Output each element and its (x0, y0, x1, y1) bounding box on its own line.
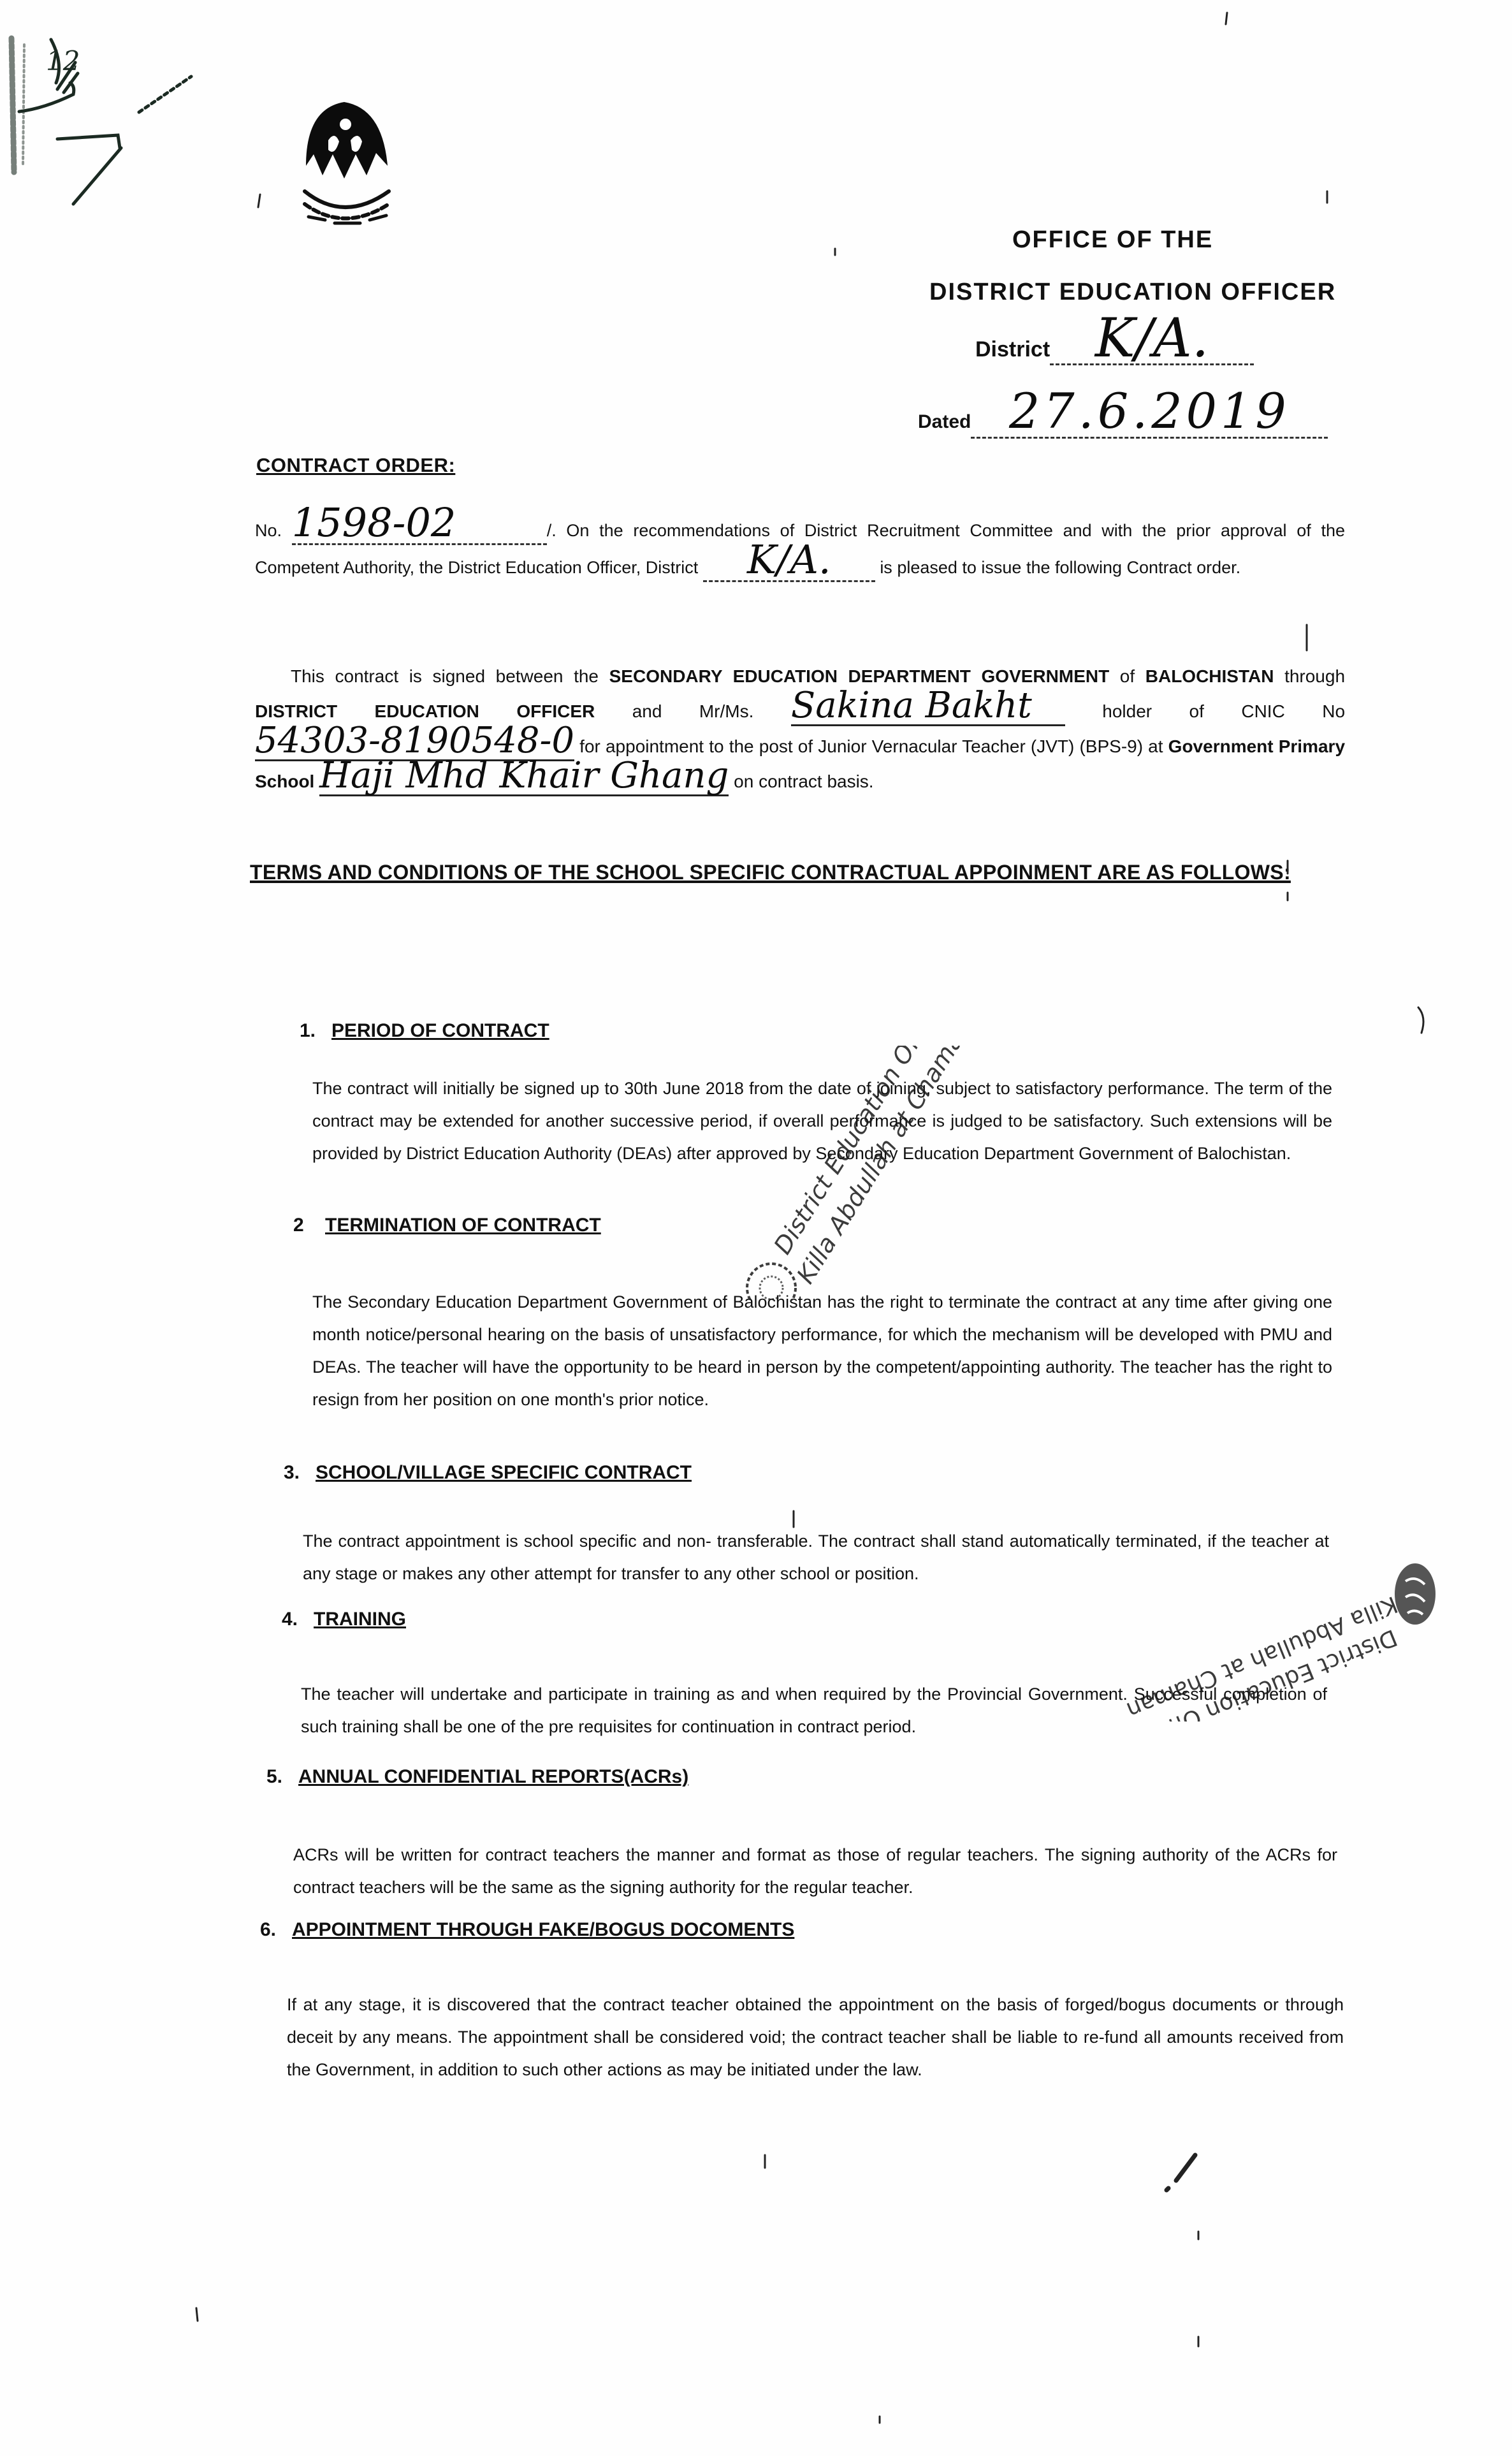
section-number: 2 (293, 1215, 325, 1236)
section-title: 2TERMINATION OF CONTRACT (293, 1215, 1332, 1236)
order-number-value: 1598-02 (292, 499, 456, 546)
section-label: TERMINATION OF CONTRACT (325, 1215, 601, 1236)
section-body: The teacher will undertake and participa… (301, 1678, 1327, 1743)
parties-province: BALOCHISTAN (1145, 666, 1274, 686)
dated-row: Dated27.6.2019 (918, 386, 1328, 439)
section-fake-bogus-documents: 6.APPOINTMENT THROUGH FAKE/BOGUS DOCOMEN… (260, 1919, 1344, 2086)
section-number: 4. (282, 1609, 314, 1630)
section-label: SCHOOL/VILLAGE SPECIFIC CONTRACT (316, 1462, 692, 1483)
terms-heading: TERMS AND CONDITIONS OF THE SCHOOL SPECI… (250, 853, 1321, 891)
district-row: DistrictK/A. (975, 312, 1254, 365)
section-number: 3. (284, 1462, 316, 1484)
school-name-field: Haji Mhd Khair Ghang (319, 763, 729, 796)
section-body: The Secondary Education Department Gover… (312, 1286, 1332, 1416)
office-title-line2: DISTRICT EDUCATION OFFICER (929, 279, 1336, 306)
section-title: 1.PERIOD OF CONTRACT (300, 1020, 1332, 1042)
intro-district-value: K/A. (747, 536, 831, 583)
section-label: ANNUAL CONFIDENTIAL REPORTS(ACRs) (298, 1766, 688, 1787)
teacher-name-value: Sakina Bakht (791, 685, 1032, 726)
district-value: K/A. (1095, 307, 1209, 369)
section-body: If at any stage, it is discovered that t… (287, 1989, 1344, 2086)
order-number-field: 1598-02 (292, 510, 547, 545)
parties-text-6: for appointment to the post of Junior Ve… (579, 736, 1163, 756)
section-termination-of-contract: 2TERMINATION OF CONTRACT The Secondary E… (293, 1215, 1332, 1416)
parties-officer: DISTRICT EDUCATION OFFICER (255, 701, 595, 721)
office-title-line1: OFFICE OF THE (1012, 226, 1213, 254)
section-training: 4.TRAINING The teacher will undertake an… (282, 1609, 1327, 1743)
section-label: APPOINTMENT THROUGH FAKE/BOGUS DOCOMENTS (292, 1919, 794, 1940)
dated-label: Dated (918, 411, 971, 432)
stamp-2-seal-icon (1395, 1563, 1436, 1625)
parties-text-1: This contract is signed between the (291, 666, 599, 686)
contract-intro-paragraph: No. 1598-02/. On the recommendations of … (255, 510, 1345, 584)
corner-note: 12 (46, 45, 80, 77)
date-field: 27.6.2019 (971, 386, 1328, 439)
section-label: TRAINING (314, 1609, 406, 1630)
section-title: 6.APPOINTMENT THROUGH FAKE/BOGUS DOCOMEN… (260, 1919, 1344, 1941)
section-period-of-contract: 1.PERIOD OF CONTRACT The contract will i… (300, 1020, 1332, 1170)
section-number: 1. (300, 1020, 331, 1042)
section-number: 6. (260, 1919, 292, 1941)
section-label: PERIOD OF CONTRACT (331, 1020, 549, 1041)
section-title: 3.SCHOOL/VILLAGE SPECIFIC CONTRACT (284, 1462, 1329, 1484)
section-body: ACRs will be written for contract teache… (293, 1839, 1337, 1904)
contract-parties-paragraph: This contract is signed between the SECO… (255, 660, 1345, 798)
document-page: 12 OFFICE OF THE DISTRICT EDUCATION OFFI… (0, 0, 1512, 2456)
parties-department: SECONDARY EDUCATION DEPARTMENT GOVERNMEN… (609, 666, 1110, 686)
district-label: District (975, 337, 1050, 362)
parties-text-4: and Mr/Ms. (632, 701, 754, 721)
parties-text-3: through (1284, 666, 1345, 686)
parties-text-5: holder of CNIC No (1102, 701, 1345, 721)
section-number: 5. (266, 1766, 298, 1788)
section-school-village-specific: 3.SCHOOL/VILLAGE SPECIFIC CONTRACT The c… (284, 1462, 1329, 1590)
section-body: The contract will initially be signed up… (312, 1072, 1332, 1170)
section-title: 5.ANNUAL CONFIDENTIAL REPORTS(ACRs) (266, 1766, 1337, 1788)
intro-district-field: K/A. (703, 547, 875, 582)
order-number-label: No. (255, 521, 282, 540)
intro-text-part2: is pleased to issue the following Contra… (880, 558, 1240, 577)
handwritten-corner-marks: 12 (0, 0, 331, 230)
parties-text-7: on contract basis. (734, 771, 873, 791)
parties-text-2: of (1120, 666, 1135, 686)
school-name-value: Haji Mhd Khair Ghang (319, 755, 729, 796)
section-body: The contract appointment is school speci… (303, 1525, 1329, 1590)
section-annual-confidential-reports: 5.ANNUAL CONFIDENTIAL REPORTS(ACRs) ACRs… (266, 1766, 1337, 1904)
district-field: K/A. (1050, 312, 1254, 365)
date-value: 27.6.2019 (1009, 383, 1290, 439)
section-title: 4.TRAINING (282, 1609, 1327, 1630)
government-emblem-logo (300, 96, 395, 242)
contract-order-heading: CONTRACT ORDER: (256, 454, 455, 477)
teacher-name-field: Sakina Bakht (791, 693, 1065, 726)
